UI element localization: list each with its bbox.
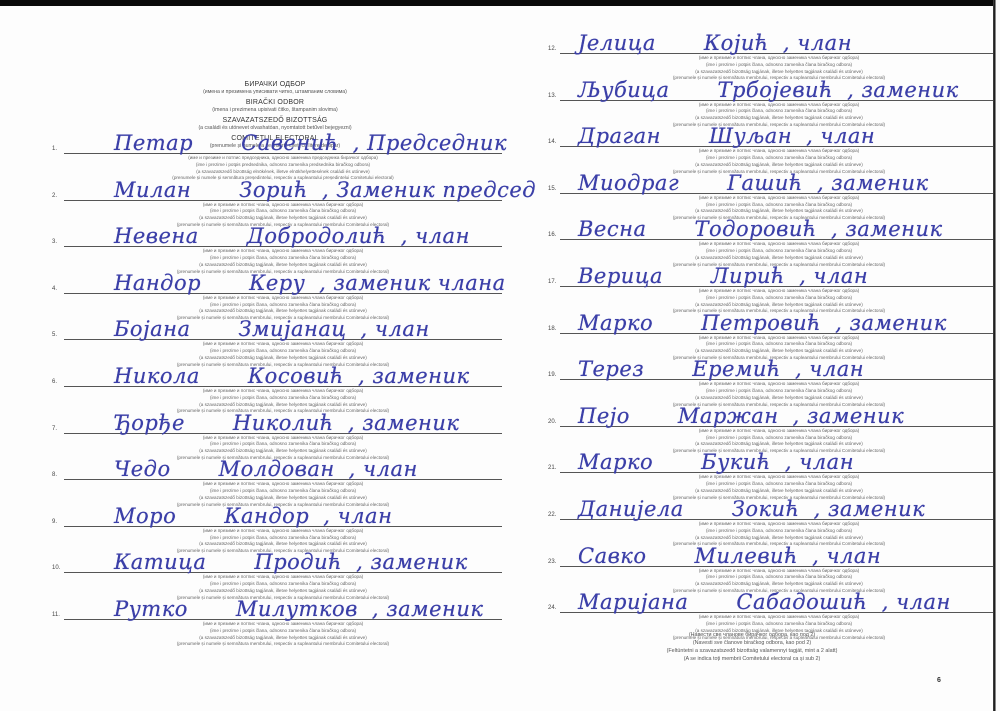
first-name: Невена	[114, 224, 199, 248]
caption-line: (ime i prezime i potpis člana, odnosno z…	[560, 435, 998, 442]
subtitle-serbian-cyrillic: (имена и презимена уписивати читко, штам…	[130, 89, 420, 96]
last-name: Косовић	[248, 364, 344, 388]
entry-number: 17.	[548, 279, 556, 285]
role: , заменик	[348, 411, 460, 435]
caption-line: (a szavazatszedő bizottság tagjának, ill…	[64, 635, 502, 642]
last-name: Змијанац	[238, 317, 346, 341]
caption-line: (ime i prezime i potpis člana, odnosno z…	[560, 62, 998, 69]
handwritten-entry: ДанијелаЗокић, заменик	[578, 497, 925, 521]
last-name: Шуљан	[709, 124, 792, 148]
caption-line: (ime i prezime i potpis člana, odnosno z…	[560, 108, 998, 115]
entry-number: 15.	[548, 186, 556, 192]
footer-line: (Feltüntetni a szavazatszedő bizottság v…	[622, 647, 882, 655]
footer-line: (Navesti sve članove biračkog odbora, ka…	[622, 639, 882, 647]
role: , члан	[349, 457, 418, 481]
handwritten-entry: МиланЗорић, Заменик председ	[114, 178, 536, 202]
caption-line: (ime i prezime i potpis člana, odnosno z…	[64, 581, 502, 588]
role: , заменик	[847, 78, 959, 102]
caption-line: (име и презиме и потпис члана, односно з…	[64, 202, 502, 209]
role-text: члан	[809, 357, 864, 381]
role: , члан	[882, 590, 951, 614]
caption-line: (a szavazatszedő bizottság tagjának, ill…	[64, 448, 502, 455]
handwritten-entry: МаријанаСабадошић, члан	[578, 590, 951, 614]
title-croatian: BIRAČKI ODBOR	[130, 98, 420, 107]
last-name: Добродолић	[247, 224, 387, 248]
role: , заменик	[358, 364, 470, 388]
role: , члан	[812, 544, 881, 568]
handwritten-entry: ВерицаЛирић, члан	[578, 264, 868, 288]
role-text: заменик	[362, 411, 459, 435]
first-name: Моро	[114, 504, 176, 528]
entry-number: 8.	[52, 472, 57, 478]
first-name: Катица	[114, 550, 206, 574]
handwritten-entry: НевенаДобродолић, члан	[114, 224, 470, 248]
caption-line: (ime i prezime i potpis člana, odnosno z…	[560, 295, 998, 302]
last-name: Зокић	[732, 497, 800, 521]
entry-number: 4.	[52, 286, 57, 292]
last-name: Тодоровић	[694, 217, 816, 241]
last-name: Којић	[704, 31, 769, 55]
handwritten-entry: ПетарСавенић, Председник	[114, 131, 507, 155]
caption-line: (ime i prezime i potpis člana, odnosno z…	[560, 481, 998, 488]
entry-number: 3.	[52, 239, 57, 245]
caption-line: (a szavazatszedő bizottság tagjának, ill…	[64, 262, 502, 269]
last-name: Гашић	[727, 171, 803, 195]
role-text: Председник	[367, 131, 507, 155]
first-name: Марко	[578, 450, 653, 474]
role: , заменик	[793, 404, 905, 428]
caption-line: (a szavazatszedő bizottság tagjának, ill…	[64, 355, 502, 362]
caption-line: (a szavazatszedő bizottság tagjának, ill…	[64, 495, 502, 502]
role: , члан	[799, 264, 868, 288]
subtitle-croatian: (imena i prezimena upisivati čitko, štam…	[130, 107, 420, 114]
first-name: Марко	[578, 311, 653, 335]
caption-line: (ime i prezime i potpis člana, odnosno z…	[560, 248, 998, 255]
handwritten-entry: ЂорђеНиколић, заменик	[114, 411, 459, 435]
caption-line: (име и презиме и потпис председника, одн…	[64, 155, 502, 162]
entry-number: 22.	[548, 512, 556, 518]
entry-number: 1.	[52, 146, 57, 152]
role-text: члан	[375, 317, 430, 341]
role-text: заменик	[831, 171, 928, 195]
role-text: заменик	[386, 597, 483, 621]
role-text: заменик	[845, 217, 942, 241]
caption-line: (a szavazatszedő bizottság tagjának, ill…	[560, 348, 998, 355]
first-name: Верица	[578, 264, 663, 288]
entry-number: 11.	[52, 612, 60, 618]
last-name: Кеpy	[249, 271, 305, 295]
caption-line: (име и презиме и потпис члана, односно з…	[560, 568, 998, 575]
first-name: Драган	[578, 124, 661, 148]
caption-line: (a szavazatszedő bizottság tagjának, ill…	[64, 588, 502, 595]
handwritten-entry: НиколаКосовић, заменик	[114, 364, 470, 388]
entry-number: 20.	[548, 419, 556, 425]
caption-line: (ime i prezime i potpis člana, odnosno z…	[64, 302, 502, 309]
last-name: Маржан	[678, 404, 779, 428]
handwritten-entry: ЧедоМолдован, члан	[114, 457, 418, 481]
handwritten-entry: ЈелицаКојић, члан	[578, 31, 852, 55]
role: , Заменик председ	[322, 178, 536, 202]
role: , заменик члана	[319, 271, 506, 295]
handwritten-entry: МаркоБукић, члан	[578, 450, 854, 474]
caption-line: (име и презиме и потпис члана, односно з…	[560, 148, 998, 155]
caption-line: (име и презиме и потпис члана, односно з…	[64, 388, 502, 395]
last-name: Петровић	[701, 311, 821, 335]
title-hungarian: SZAVAZATSZEDŐ BIZOTTSÁG	[130, 116, 420, 125]
caption-line: (име и презиме и потпис члана, односно з…	[560, 428, 998, 435]
caption-line: (a szavazatszedő bizottság tagjának, ill…	[64, 308, 502, 315]
caption-line: (a szavazatszedő bizottság tagjának, ill…	[64, 215, 502, 222]
first-name: Бојана	[114, 317, 190, 341]
caption-line: (име и презиме и потпис члана, односно з…	[560, 381, 998, 388]
caption-line: (ime i prezime i potpis člana, odnosno z…	[64, 488, 502, 495]
last-name: Милутков	[236, 597, 358, 621]
role-text: члан	[820, 124, 875, 148]
entry-number: 9.	[52, 519, 57, 525]
caption-line: (a szavazatszedő bizottság tagjának, ill…	[64, 402, 502, 409]
role-text: заменик	[807, 404, 904, 428]
entry-number: 13.	[548, 93, 556, 99]
caption-line: (име и презиме и потпис члана, односно з…	[560, 288, 998, 295]
first-name: Никола	[114, 364, 200, 388]
entry-number: 5.	[52, 332, 57, 338]
role-text: Заменик председ	[336, 178, 536, 202]
caption-line: (a szavazatszedő bizottság tagjának, ill…	[560, 395, 998, 402]
entry-number: 7.	[52, 426, 57, 432]
caption-line: (a szavazatszedő bizottság tagjának, ill…	[560, 302, 998, 309]
caption-line: (ime i prezime i potpis člana, odnosno z…	[64, 395, 502, 402]
first-name: Љубица	[578, 78, 669, 102]
entry-caption: (име и презиме и потпис члана, односно з…	[64, 621, 502, 648]
role: , заменик	[356, 550, 468, 574]
entry-number: 16.	[548, 232, 556, 238]
handwritten-entry: МаркоПетровић, заменик	[578, 311, 947, 335]
handwritten-entry: КатицаПродић, заменик	[114, 550, 468, 574]
first-name: Јелица	[578, 31, 656, 55]
first-name: Терез	[578, 357, 644, 381]
footer-instructions: (Навести све чланове бирачког одбора, ка…	[622, 631, 882, 663]
caption-line: (име и презиме и потпис члана, односно з…	[64, 435, 502, 442]
caption-line: (ime i prezime i potpis člana, odnosno z…	[560, 388, 998, 395]
caption-line: (a szavazatszedő bizottság tagjának, ill…	[560, 441, 998, 448]
handwritten-entry: ТерезЕремић, члан	[578, 357, 864, 381]
first-name: Ђорђе	[114, 411, 185, 435]
caption-line: (ime i prezime i potpis člana, odnosno z…	[64, 628, 502, 635]
caption-line: (a szavazatszedő bizottság tagjának, ill…	[560, 535, 998, 542]
role: , заменик	[814, 497, 926, 521]
caption-line: (име и презиме и потпис члана, односно з…	[64, 248, 502, 255]
caption-line: (ime i prezime i potpis člana, odnosno z…	[64, 441, 502, 448]
caption-line: (a szavazatszedő bizottság tagjának, ill…	[560, 69, 998, 76]
caption-line: (име и презиме и потпис члана, односно з…	[560, 195, 998, 202]
last-name: Трбојевић	[717, 78, 833, 102]
caption-line: (име и презиме и потпис члана, односно з…	[560, 335, 998, 342]
role-text: члан	[797, 31, 852, 55]
first-name: Маријана	[578, 590, 688, 614]
first-name: Милан	[114, 178, 191, 202]
role: , члан	[783, 31, 852, 55]
caption-line: (име и презиме и потпис члана, односно з…	[560, 241, 998, 248]
role: , члан	[785, 450, 854, 474]
role-text: члан	[813, 264, 868, 288]
role-text: члан	[338, 504, 393, 528]
first-name: Петар	[114, 131, 193, 155]
entry-number: 14.	[548, 139, 556, 145]
caption-line: (име и презиме и потпис члана, односно з…	[64, 528, 502, 535]
handwritten-entry: МиодрагГашић, заменик	[578, 171, 929, 195]
first-name: Весна	[578, 217, 646, 241]
last-name: Продић	[254, 550, 342, 574]
caption-line: (ime i prezime i potpis predsednika, odn…	[64, 162, 502, 169]
caption-line: (ime i prezime i potpis člana, odnosno z…	[64, 348, 502, 355]
caption-line: (ime i prezime i potpis člana, odnosno z…	[64, 255, 502, 262]
role: , заменик	[817, 171, 929, 195]
role-text: заменик	[850, 311, 947, 335]
caption-line: (име и презиме и потпис члана, односно з…	[64, 341, 502, 348]
first-name: Савко	[578, 544, 647, 568]
caption-line: (ime i prezime i potpis člana, odnosno z…	[560, 155, 998, 162]
role: , члан	[401, 224, 470, 248]
role-text: члан	[896, 590, 951, 614]
last-name: Милевић	[695, 544, 799, 568]
caption-line: (име и презиме и потпис члана, односно з…	[64, 295, 502, 302]
last-name: Еремић	[692, 357, 781, 381]
first-name: Данијела	[578, 497, 684, 521]
caption-line: (prenumele și numele și semnătura membru…	[64, 641, 502, 648]
caption-line: (ime i prezime i potpis člana, odnosno z…	[560, 621, 998, 628]
role: , члан	[795, 357, 864, 381]
caption-line: (ime i prezime i potpis člana, odnosno z…	[560, 341, 998, 348]
caption-line: (a szavazatszedő bizottság tagjának, ill…	[560, 162, 998, 169]
role: , члан	[806, 124, 875, 148]
footer-line: (A se indica toți membrii Comitetului el…	[622, 655, 882, 663]
last-name: Кандор	[224, 504, 309, 528]
handwritten-entry: НандорКеpy, заменик члана	[114, 271, 506, 295]
caption-line: (име и презиме и потпис члана, односно з…	[64, 481, 502, 488]
first-name: Нандор	[114, 271, 201, 295]
handwritten-entry: СавкоМилевић, члан	[578, 544, 881, 568]
first-name: Чедо	[114, 457, 171, 481]
role: , заменик	[831, 217, 943, 241]
role-text: члан	[415, 224, 470, 248]
caption-line: (a szavazatszedő bizottság tagjának, ill…	[64, 541, 502, 548]
caption-line: (име и презиме и потпис члана, односно з…	[64, 621, 502, 628]
caption-line: (a szavazatszedő bizottság tagjának, ill…	[560, 581, 998, 588]
caption-line: (име и презиме и потпис члана, односно з…	[560, 55, 998, 62]
caption-line: (ime i prezime i potpis člana, odnosno z…	[560, 574, 998, 581]
caption-line: (a szavazatszedő bizottság tagjának, ill…	[560, 115, 998, 122]
role-text: члан	[826, 544, 881, 568]
role-text: заменик	[828, 497, 925, 521]
entry-number: 19.	[548, 372, 556, 378]
last-name: Николић	[233, 411, 334, 435]
role-text: члан	[799, 450, 854, 474]
role: , Председник	[353, 131, 507, 155]
caption-line: (a szavazatszedő bizottság tagjának, ill…	[560, 208, 998, 215]
caption-line: (ime i prezime i potpis člana, odnosno z…	[560, 202, 998, 209]
left-page: БИРАЧКИ ОДБОР (имена и презимена уписива…	[0, 6, 530, 711]
handwritten-entry: РуткоМилутков, заменик	[114, 597, 483, 621]
page-number: 6	[937, 677, 941, 684]
caption-line: (име и презиме и потпис члана, односно з…	[560, 614, 998, 621]
role: , члан	[323, 504, 392, 528]
entry-number: 18.	[548, 326, 556, 332]
scan-right-border	[993, 0, 1000, 711]
entry-number: 23.	[548, 559, 556, 565]
last-name: Лирић	[711, 264, 785, 288]
role-text: члан	[363, 457, 418, 481]
right-page: 12.(име и презиме и потпис члана, односн…	[530, 6, 993, 711]
caption-line: (име и презиме и потпис члана, односно з…	[560, 474, 998, 481]
entry-number: 2.	[52, 193, 57, 199]
entry-number: 6.	[52, 379, 57, 385]
caption-line: (a szavazatszedő bizottság tagjának, ill…	[560, 255, 998, 262]
role-text: заменик	[371, 550, 468, 574]
entry-number: 21.	[548, 465, 556, 471]
caption-line: (a szavazatszedő bizottság elnökének, il…	[64, 169, 502, 176]
entry-number: 24.	[548, 605, 556, 611]
role: , члан	[361, 317, 430, 341]
first-name: Миодраг	[578, 171, 679, 195]
role: , заменик	[372, 597, 484, 621]
handwritten-entry: ДраганШуљан, члан	[578, 124, 875, 148]
caption-line: (ime i prezime i potpis člana, odnosno z…	[64, 535, 502, 542]
last-name: Савенић	[241, 131, 339, 155]
member-entry: 11.(име и презиме и потпис члана, односн…	[52, 612, 510, 658]
handwritten-entry: БојанаЗмијанац, члан	[114, 317, 430, 341]
handwritten-entry: МороКандор, члан	[114, 504, 392, 528]
entry-number: 10.	[52, 565, 60, 571]
caption-line: (ime i prezime i potpis člana, odnosno z…	[560, 528, 998, 535]
role-text: заменик члана	[333, 271, 505, 295]
last-name: Сабадошић	[736, 590, 867, 614]
last-name: Зорић	[239, 178, 308, 202]
caption-line: (име и презиме и потпис члана, односно з…	[560, 102, 998, 109]
caption-line: (a szavazatszedő bizottság tagjának, ill…	[560, 488, 998, 495]
caption-line: (име и презиме и потпис члана, односно з…	[560, 521, 998, 528]
role-text: заменик	[861, 78, 958, 102]
title-serbian-cyrillic: БИРАЧКИ ОДБОР	[130, 80, 420, 89]
handwritten-entry: ЉубицаТрбојевић, заменик	[578, 78, 959, 102]
caption-line: (име и презиме и потпис члана, односно з…	[64, 574, 502, 581]
last-name: Букић	[701, 450, 771, 474]
handwritten-entry: ПејоМаржан, заменик	[578, 404, 904, 428]
handwritten-entry: ВеснаТодоровић, заменик	[578, 217, 943, 241]
first-name: Пејо	[578, 404, 630, 428]
role: , заменик	[835, 311, 947, 335]
last-name: Молдован	[219, 457, 335, 481]
role-text: заменик	[372, 364, 469, 388]
first-name: Рутко	[114, 597, 188, 621]
footer-line: (Навести све чланове бирачког одбора, ка…	[622, 631, 882, 639]
entry-number: 12.	[548, 46, 556, 52]
caption-line: (ime i prezime i potpis člana, odnosno z…	[64, 208, 502, 215]
